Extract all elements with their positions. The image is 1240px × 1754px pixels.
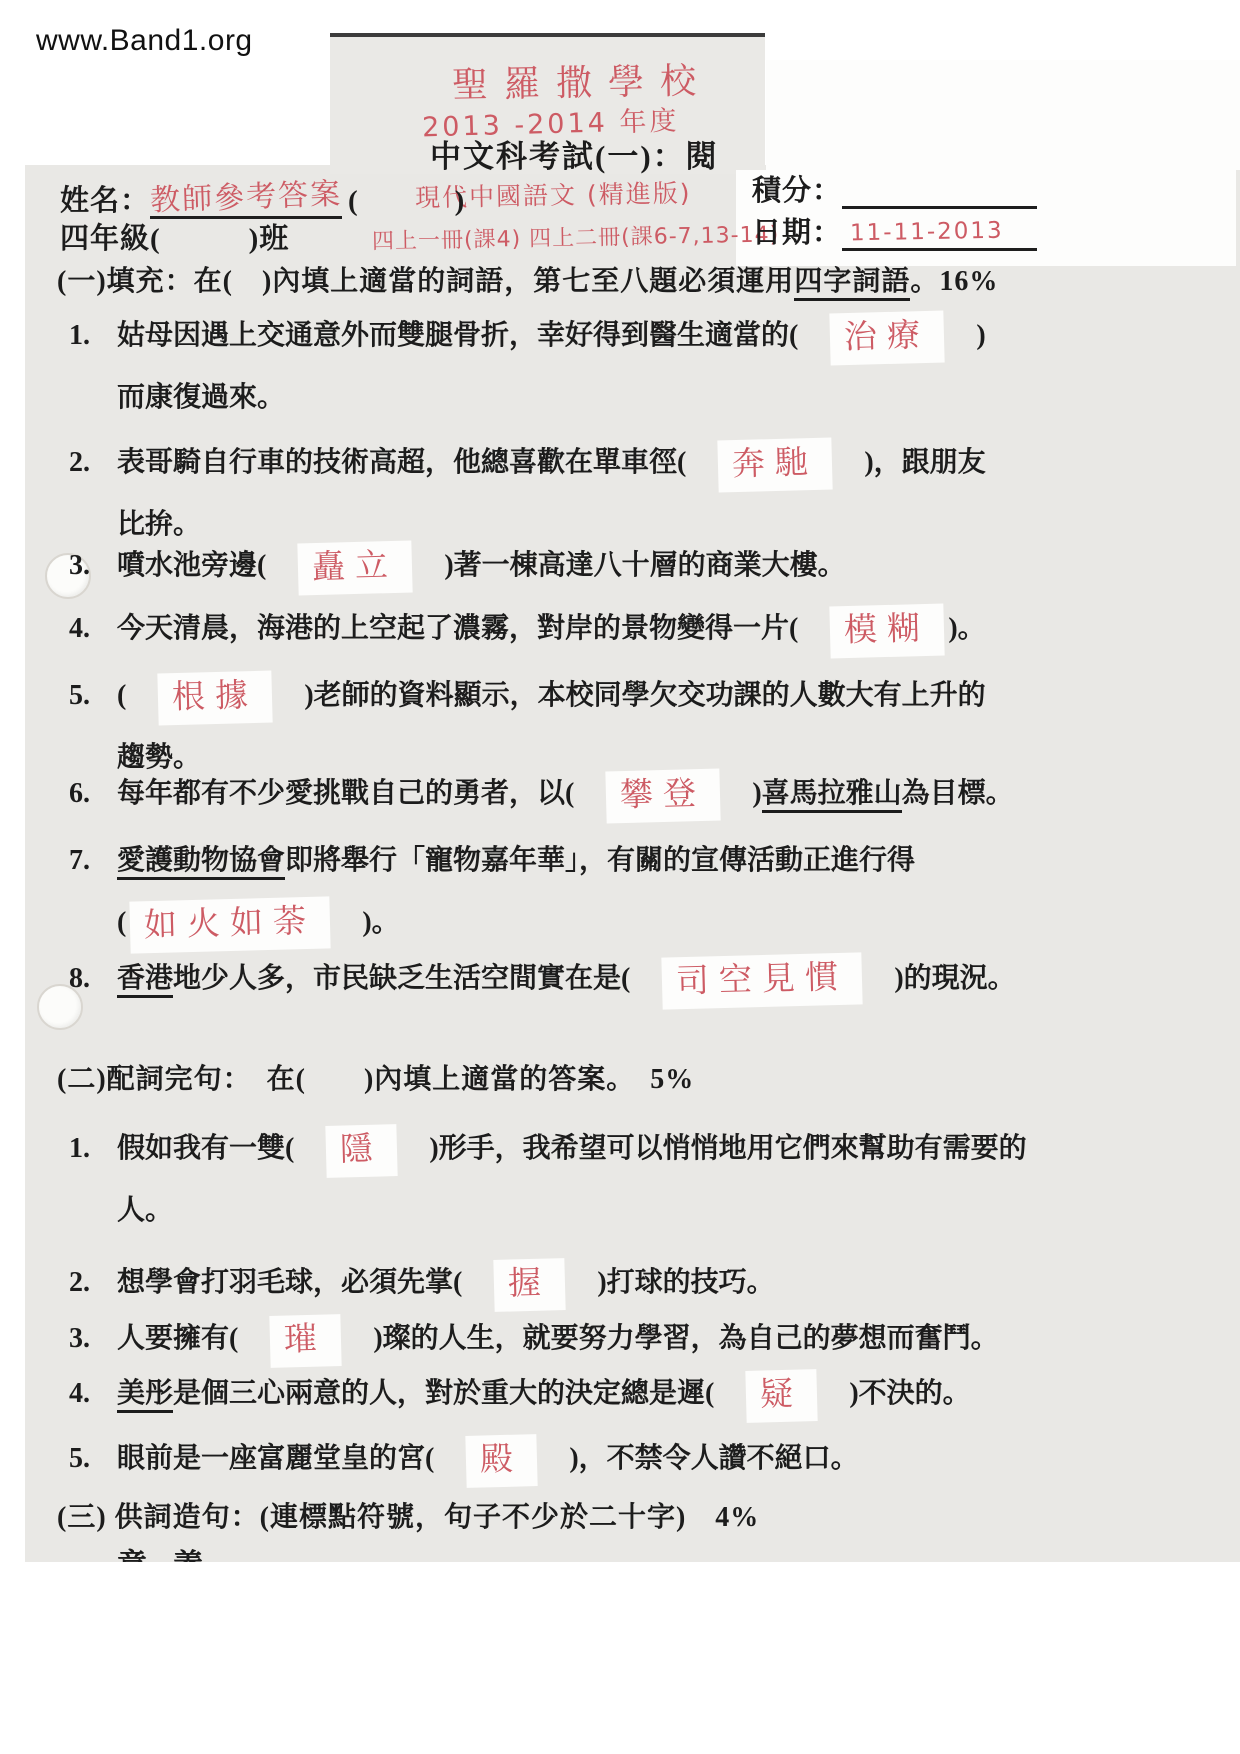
handwritten-answer: 奔馳 [718,437,833,492]
question-row: 1.姑母因遇上交通意外而雙腿骨折，幸好得到醫生適當的( 治療 )而康復過來。 [69,305,1199,429]
question-text-segment: 表哥騎自行車的技術高超，他總喜歡在單車徑( [117,447,714,478]
question-text-segment: 即將舉行「寵物嘉年華」，有關的宣傳活動正進行得 [285,845,915,876]
question-number: 5. [69,665,90,727]
handwritten-answer: 璀 [270,1314,342,1368]
question-row: 8.香港地少人多，市民缺乏生活空間實在是( 司空見慣 )的現況。 [69,948,1199,1010]
handwritten-answer: 握 [494,1258,566,1312]
question-text-segment: (二)配詞完句： 在( )內填上適當的答案。 5% [57,1064,694,1095]
handwritten-answer: 如火如荼 [130,896,331,953]
question-text-segment: )璨的人生，就要努力學習，為自己的夢想而奮鬥。 [345,1323,998,1354]
question-text-segment: )，跟朋友 [836,447,985,478]
question-text-segment: 。16% [910,266,998,297]
question-text-segment: 為目標。 [902,778,1014,809]
watermark-url: www.Band1.org [36,24,253,58]
question-row: 3.人要擁有( 璀 )璨的人生，就要努力學習，為自己的夢想而奮鬥。 [69,1308,1199,1370]
question-row: 4.美彤是個三心兩意的人，對於重大的決定總是遲( 疑 )不決的。 [69,1363,1199,1425]
question-text-segment: 想學會打羽毛球，必須先掌( [117,1267,490,1298]
question-text-segment: 假如我有一雙( [117,1133,322,1164]
question-text-segment: 是個三心兩意的人，對於重大的決定總是遲( [173,1378,742,1409]
question-number: 4. [69,598,90,660]
question-text-segment: )不決的。 [821,1378,970,1409]
underlined-term: 美彤 [117,1378,173,1413]
question-number: 5. [69,1428,90,1490]
section-heading: (三) 供詞造句：(連標點符號，句子不少於二十字) 4% [57,1496,1197,1540]
question-text: 每年都有不少愛挑戰自己的勇者，以( 攀登 )喜馬拉雅山為目標。 [69,763,1199,825]
question-text-segment: 姑母因遇上交通意外而雙腿骨折，幸好得到醫生適當的( [117,320,826,351]
question-number: 7. [69,830,90,892]
question-text-segment: )形手，我希望可以悄悄地用它們來幫助有需要的 [401,1133,1026,1164]
section-heading: (二)配詞完句： 在( )內填上適當的答案。 5% [57,1058,1197,1102]
question-number: 1. [69,305,90,367]
question-text-segment: 每年都有不少愛挑戰自己的勇者，以( [117,778,602,809]
question-row: 6.每年都有不少愛挑戰自己的勇者，以( 攀登 )喜馬拉雅山為目標。 [69,763,1199,825]
question-number: 2. [69,1252,90,1314]
question-text-segment: 地少人多，市民缺乏生活空間實在是( [173,963,658,994]
question-text-segment: 眼前是一座富麗堂皇的宮( [117,1443,462,1474]
question-text-segment: 人要擁有( [117,1323,266,1354]
handwritten-answer: 治療 [830,310,945,365]
question-text-segment: ) [724,778,761,809]
question-text-segment: )的現況。 [866,963,1015,994]
question-row: 4.今天清晨，海港的上空起了濃霧，對岸的景物變得一片( 模糊)。 [69,598,1199,660]
question-row: 7.愛護動物協會即將舉行「寵物嘉年華」，有關的宣傳活動正進行得(如火如荼 )。 [69,830,1199,954]
handwritten-answer: 根據 [158,670,273,725]
question-text: 噴水池旁邊( 矗立 )著一棟高達八十層的商業大樓。 [69,535,1199,597]
question-text: 今天清晨，海港的上空起了濃霧，對岸的景物變得一片( 模糊)。 [69,598,1199,660]
underlined-term: 香港 [117,963,173,998]
question-row: 2.想學會打羽毛球，必須先掌( 握 )打球的技巧。 [69,1252,1199,1314]
handwritten-answer: 模糊 [830,603,945,658]
section-heading: (一)填充：在( )內填上適當的詞語，第七至八題必須運用四字詞語。16% [57,260,1197,304]
question-number: 6. [69,763,90,825]
handwritten-answer: 殿 [466,1434,538,1488]
question-text-segment: )老師的資料顯示，本校同學欠交功課的人數大有上升的 [276,680,985,711]
question-text-segment: )，不禁令人讚不絕口。 [541,1443,858,1474]
whiteout-patch-header-right [766,60,1240,170]
clipped-word-at-page-edge: 意義 [117,1540,229,1562]
question-number: 8. [69,948,90,1010]
question-text-segment: ( [117,680,154,711]
underlined-term: 喜馬拉雅山 [762,778,902,813]
question-text-segment: 人。 [117,1195,173,1226]
question-number: 1. [69,1118,90,1180]
handwritten-answer: 攀登 [606,768,721,823]
question-text: 眼前是一座富麗堂皇的宮( 殿 )，不禁令人讚不絕口。 [69,1428,1199,1490]
underlined-term: 愛護動物協會 [117,845,285,880]
question-text-segment: ) [948,320,985,351]
question-text-segment: 今天清晨，海港的上空起了濃霧，對岸的景物變得一片( [117,613,826,644]
question-row: 1.假如我有一雙( 隱 )形手，我希望可以悄悄地用它們來幫助有需要的人。 [69,1118,1199,1242]
question-text-segment: (一)填充：在( )內填上適當的詞語，第七至八題必須運用 [57,266,794,297]
handwritten-answer: 隱 [326,1124,398,1178]
question-number: 2. [69,432,90,494]
question-text-segment: ( [117,907,126,938]
question-text-segment: )著一棟高達八十層的商業大樓。 [416,550,845,581]
question-text: 人要擁有( 璀 )璨的人生，就要努力學習，為自己的夢想而奮鬥。 [69,1308,1199,1370]
question-text: 美彤是個三心兩意的人，對於重大的決定總是遲( 疑 )不決的。 [69,1363,1199,1425]
question-text-segment: )。 [948,613,985,644]
question-text-segment: (三) 供詞造句：(連標點符號，句子不少於二十字) 4% [57,1502,759,1533]
question-number: 4. [69,1363,90,1425]
exam-body: (一)填充：在( )內填上適當的詞語，第七至八題必須運用四字詞語。16%1.姑母… [45,165,1205,1562]
question-text-segment: 噴水池旁邊( [117,550,294,581]
question-text-segment: 而康復過來。 [117,382,285,413]
handwritten-answer: 司空見慣 [662,952,863,1009]
question-number: 3. [69,1308,90,1370]
question-text-segment: )打球的技巧。 [569,1267,774,1298]
question-number: 3. [69,535,90,597]
question-row: 5.眼前是一座富麗堂皇的宮( 殿 )，不禁令人讚不絕口。 [69,1428,1199,1490]
handwritten-answer: 疑 [746,1369,818,1423]
question-text-segment: )。 [334,907,399,938]
handwritten-answer: 矗立 [298,540,413,595]
question-text: 假如我有一雙( 隱 )形手，我希望可以悄悄地用它們來幫助有需要的人。 [69,1118,1199,1242]
question-text: 香港地少人多，市民缺乏生活空間實在是( 司空見慣 )的現況。 [69,948,1199,1010]
question-text: 愛護動物協會即將舉行「寵物嘉年華」，有關的宣傳活動正進行得(如火如荼 )。 [69,830,1199,954]
question-row: 3.噴水池旁邊( 矗立 )著一棟高達八十層的商業大樓。 [69,535,1199,597]
question-text: 姑母因遇上交通意外而雙腿骨折，幸好得到醫生適當的( 治療 )而康復過來。 [69,305,1199,429]
question-text: 想學會打羽毛球，必須先掌( 握 )打球的技巧。 [69,1252,1199,1314]
underlined-term: 四字詞語 [794,266,910,301]
